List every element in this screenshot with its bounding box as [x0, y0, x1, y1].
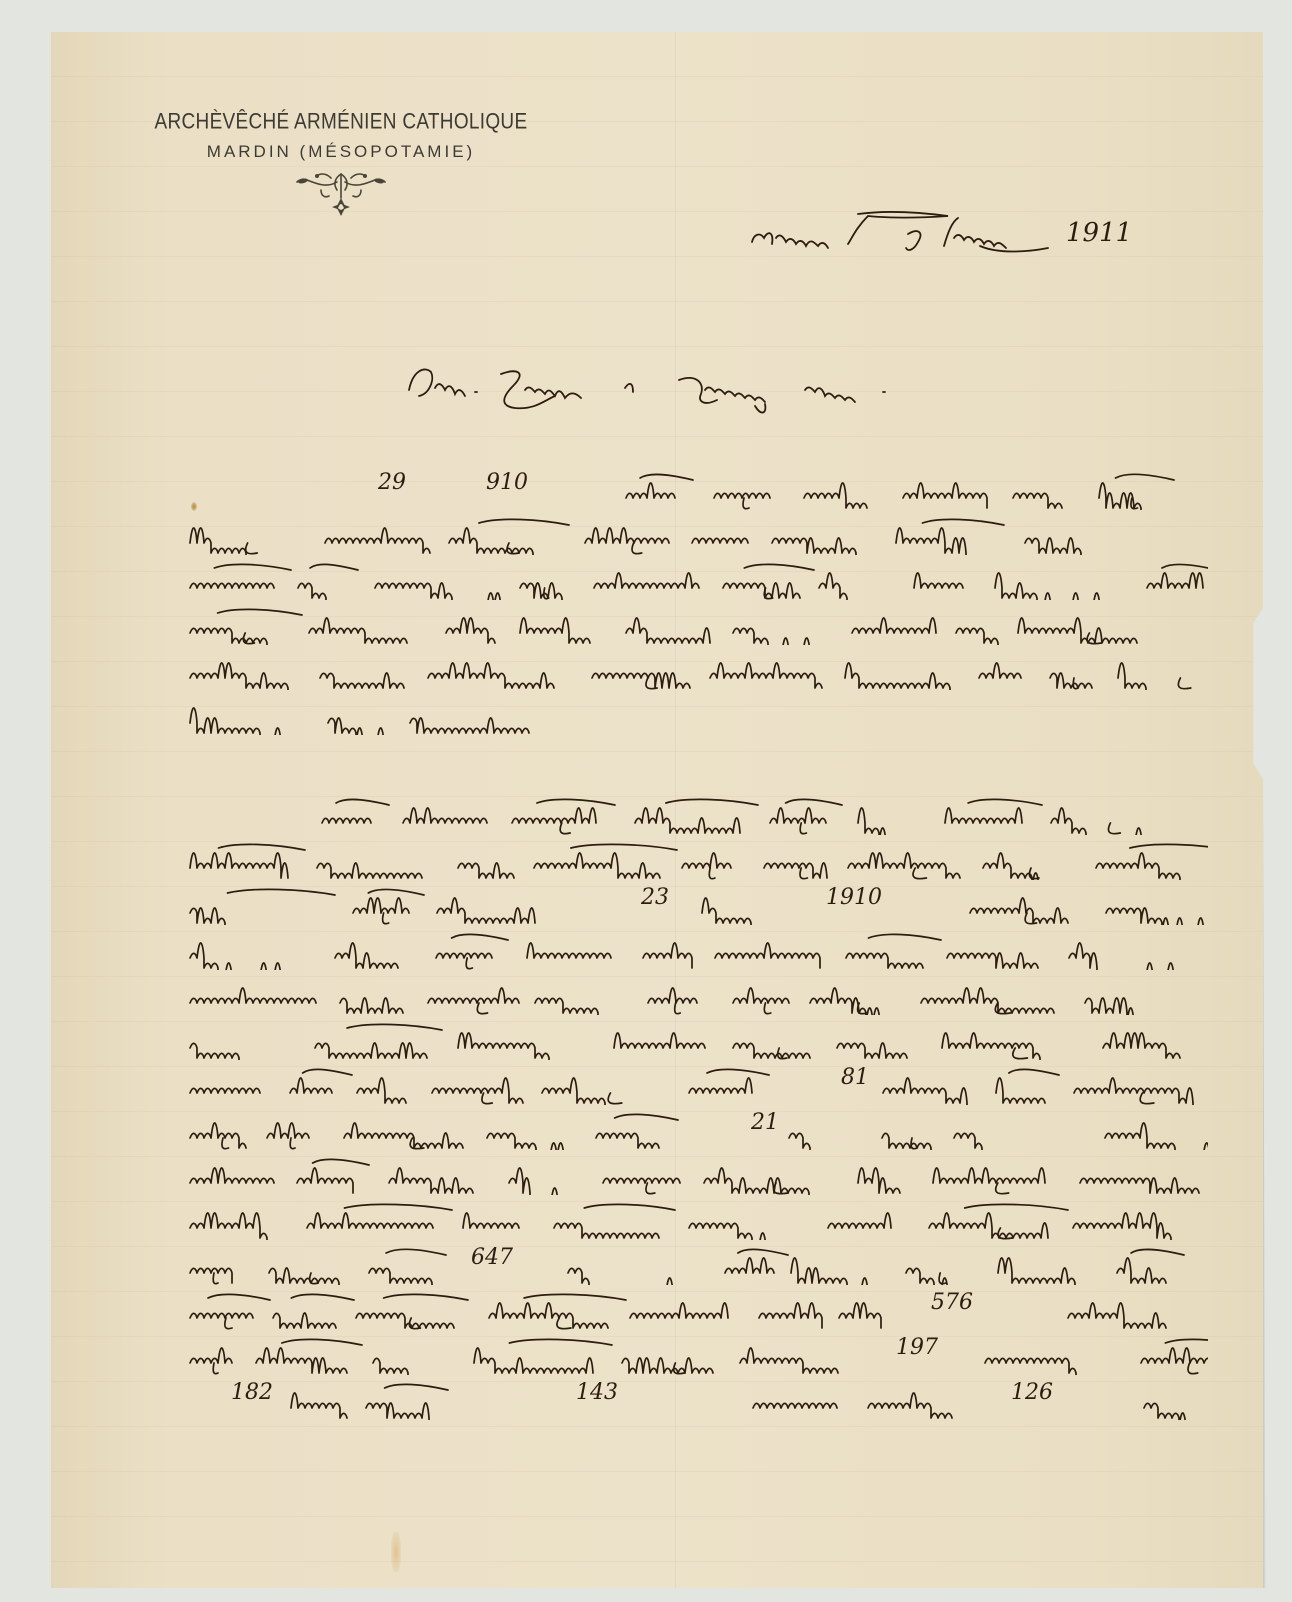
handwritten-numeral: 1910	[826, 885, 882, 910]
handwritten-line	[186, 605, 1208, 645]
handwritten-numeral: 81	[841, 1065, 869, 1090]
salutation-line	[405, 360, 1025, 420]
handwriting-scribble	[186, 1065, 1208, 1105]
handwritten-line: 576	[186, 1290, 1208, 1330]
fleuron-icon	[291, 168, 391, 220]
handwriting-salutation	[405, 360, 1025, 420]
handwritten-line: 197	[186, 1335, 1208, 1375]
handwritten-line: 647	[186, 1245, 1208, 1285]
handwritten-numeral: 126	[1011, 1380, 1053, 1405]
handwritten-line	[186, 1200, 1208, 1240]
handwritten-line: 182143126	[186, 1380, 1208, 1420]
handwriting-scribble	[186, 1200, 1208, 1240]
ink-stain	[191, 502, 197, 511]
handwritten-line	[318, 795, 1208, 835]
letterhead-title: ARCHÈVÊCHÉ ARMÉNIEN CATHOLIQUE	[146, 110, 536, 135]
handwriting-scribble	[186, 560, 1208, 600]
handwritten-line	[186, 840, 1208, 880]
handwritten-line	[186, 695, 566, 735]
handwriting-scribble	[186, 1380, 1208, 1420]
handwritten-line	[186, 930, 1208, 970]
foxing-stain	[391, 1532, 401, 1572]
handwriting-scribble	[186, 930, 1208, 970]
handwritten-line: 81	[186, 1065, 1208, 1105]
handwriting-scribble	[186, 605, 1208, 645]
handwritten-line	[186, 1155, 1208, 1195]
handwritten-numeral: 576	[931, 1290, 973, 1315]
handwriting-scribble	[186, 1020, 1208, 1060]
handwriting-scribble	[186, 840, 1208, 880]
handwritten-numeral: 21	[751, 1110, 779, 1135]
dateline: 1911	[748, 208, 1148, 258]
handwritten-line	[186, 1020, 1208, 1060]
handwritten-line	[186, 975, 1208, 1015]
handwriting-scribble	[186, 1335, 1208, 1375]
handwritten-line: 21	[186, 1110, 1208, 1150]
handwritten-numeral: 197	[896, 1335, 938, 1360]
handwriting-scribble	[186, 650, 1208, 690]
handwriting-scribble	[186, 975, 1208, 1015]
handwriting-scribble	[186, 1290, 1208, 1330]
handwritten-line: 29910	[318, 470, 1208, 510]
handwriting-scribble	[186, 1245, 1208, 1285]
handwriting-scribble	[318, 470, 1208, 510]
handwritten-numeral: 29	[378, 470, 406, 495]
handwritten-line: 231910	[186, 885, 1208, 925]
handwriting-scribble	[186, 695, 566, 735]
letterhead-location: MARDIN (MÉSOPOTAMIE)	[146, 142, 536, 162]
handwriting-scribble	[186, 515, 1208, 555]
handwritten-line	[186, 515, 1208, 555]
handwritten-numeral: 143	[576, 1380, 618, 1405]
handwritten-line	[186, 560, 1208, 600]
handwritten-numeral: 182	[231, 1380, 273, 1405]
letterhead: ARCHÈVÊCHÉ ARMÉNIEN CATHOLIQUE MARDIN (M…	[146, 112, 536, 220]
handwriting-scribble	[318, 795, 1208, 835]
handwriting-scribble	[186, 1155, 1208, 1195]
handwritten-numeral: 910	[486, 470, 528, 495]
handwriting-scribble	[186, 885, 1208, 925]
handwriting-scribble	[186, 1110, 1208, 1150]
handwritten-numeral: 23	[641, 885, 669, 910]
handwritten-line	[186, 650, 1208, 690]
date-year: 1911	[1066, 218, 1132, 248]
handwritten-numeral: 647	[471, 1245, 513, 1270]
